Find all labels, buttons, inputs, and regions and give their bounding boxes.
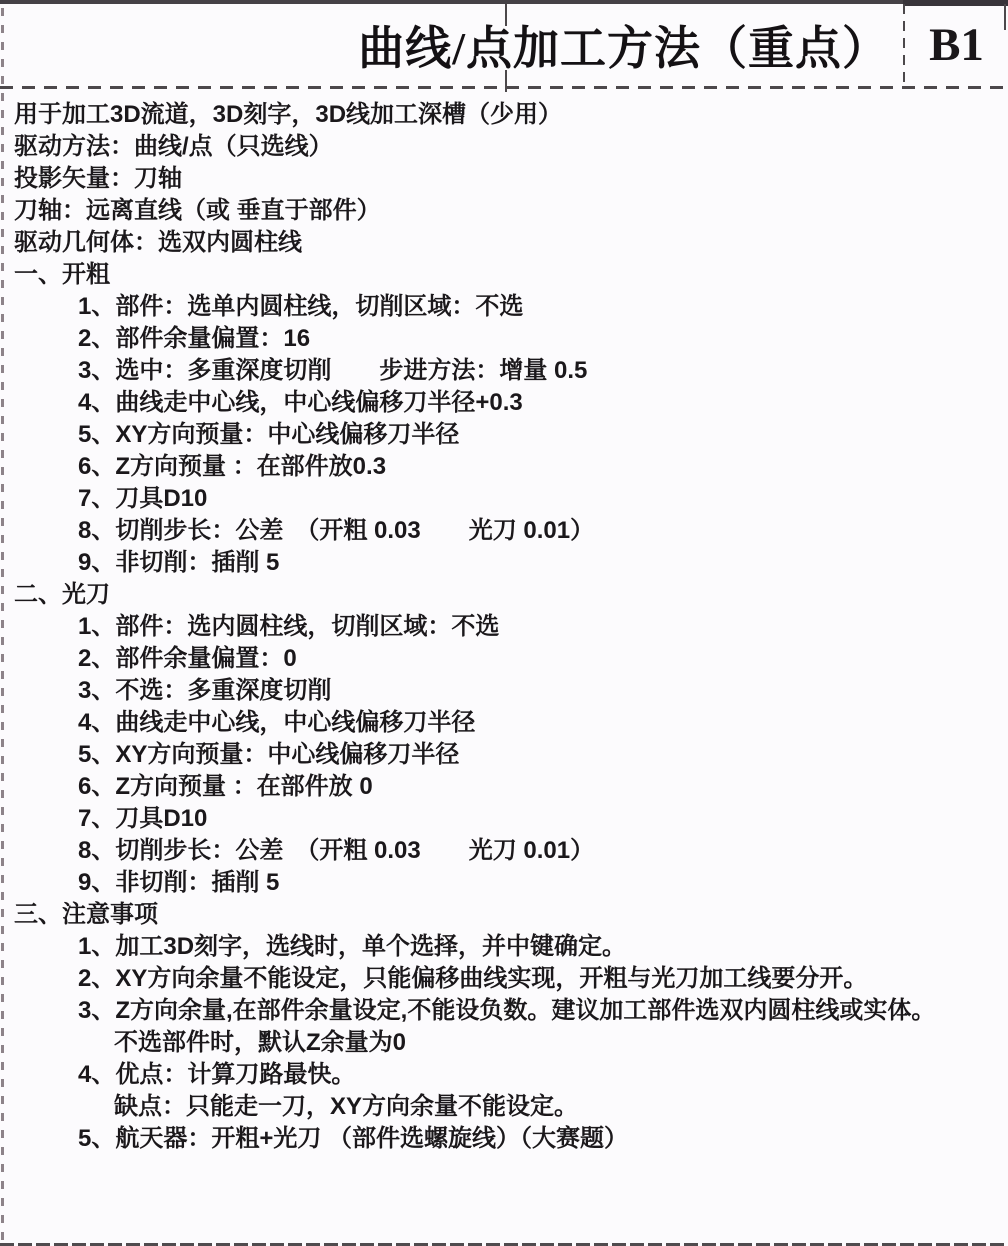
code-cell: B1 bbox=[905, 18, 1008, 72]
document-page: 曲线/点加工方法（重点） B1 用于加工3D流道，3D刻字，3D线加工深槽（少用… bbox=[0, 0, 1008, 1246]
text-line: 9、非切削：插削 5 bbox=[0, 867, 1008, 899]
text-line: 9、非切削：插削 5 bbox=[0, 547, 1008, 579]
text-line: 3、选中：多重深度切削 步进方法：增量 0.5 bbox=[0, 355, 1008, 387]
text-line: 二、光刀 bbox=[0, 579, 1008, 611]
header-cell-divider bbox=[903, 4, 905, 88]
text-line: 6、Z方向预量 ：在部件放 0 bbox=[0, 771, 1008, 803]
text-line: 6、Z方向预量 ：在部件放0.3 bbox=[0, 451, 1008, 483]
page-title: 曲线/点加工方法（重点） bbox=[358, 23, 889, 74]
body-text: 用于加工3D流道，3D刻字，3D线加工深槽（少用）驱动方法：曲线/点（只选线）投… bbox=[0, 99, 1008, 1155]
text-line: 1、加工3D刻字，选线时，单个选择，并中键确定。 bbox=[0, 931, 1008, 963]
text-line: 驱动几何体：选双内圆柱线 bbox=[0, 227, 1008, 259]
text-line: 投影矢量：刀轴 bbox=[0, 163, 1008, 195]
text-line: 5、XY方向预量：中心线偏移刀半径 bbox=[0, 419, 1008, 451]
text-line: 4、优点：计算刀路最快。 bbox=[0, 1059, 1008, 1091]
header-row: 曲线/点加工方法（重点） B1 bbox=[0, 4, 1008, 86]
text-line: 7、刀具D10 bbox=[0, 803, 1008, 835]
text-line: 缺点：只能走一刀，XY方向余量不能设定。 bbox=[0, 1091, 1008, 1123]
text-line: 3、Z方向余量,在部件余量设定,不能设负数。建议加工部件选双内圆柱线或实体。 bbox=[0, 995, 1008, 1027]
text-line: 1、部件：选内圆柱线，切削区域：不选 bbox=[0, 611, 1008, 643]
text-line: 5、航天器：开粗+光刀 （部件选螺旋线）（大赛题） bbox=[0, 1123, 1008, 1155]
text-line: 2、部件余量偏置：0 bbox=[0, 643, 1008, 675]
text-line: 三、注意事项 bbox=[0, 899, 1008, 931]
title-cell: 曲线/点加工方法（重点） bbox=[0, 12, 905, 78]
text-line: 驱动方法：曲线/点（只选线） bbox=[0, 131, 1008, 163]
text-line: 4、曲线走中心线，中心线偏移刀半径 bbox=[0, 707, 1008, 739]
text-line: 用于加工3D流道，3D刻字，3D线加工深槽（少用） bbox=[0, 99, 1008, 131]
text-line: 2、XY方向余量不能设定，只能偏移曲线实现，开粗与光刀加工线要分开。 bbox=[0, 963, 1008, 995]
text-line: 2、部件余量偏置：16 bbox=[0, 323, 1008, 355]
text-line: 刀轴：远离直线（或 垂直于部件） bbox=[0, 195, 1008, 227]
header-bottom-border bbox=[0, 86, 1008, 89]
text-line: 7、刀具D10 bbox=[0, 483, 1008, 515]
text-line: 8、切削步长：公差 （开粗 0.03 光刀 0.01） bbox=[0, 515, 1008, 547]
text-line: 不选部件时，默认Z余量为0 bbox=[0, 1027, 1008, 1059]
text-line: 8、切削步长：公差 （开粗 0.03 光刀 0.01） bbox=[0, 835, 1008, 867]
page-code: B1 bbox=[929, 19, 984, 71]
text-line: 4、曲线走中心线，中心线偏移刀半径+0.3 bbox=[0, 387, 1008, 419]
text-line: 5、XY方向预量：中心线偏移刀半径 bbox=[0, 739, 1008, 771]
text-line: 3、不选：多重深度切削 bbox=[0, 675, 1008, 707]
text-line: 1、部件：选单内圆柱线，切削区域：不选 bbox=[0, 291, 1008, 323]
text-line: 一、开粗 bbox=[0, 259, 1008, 291]
